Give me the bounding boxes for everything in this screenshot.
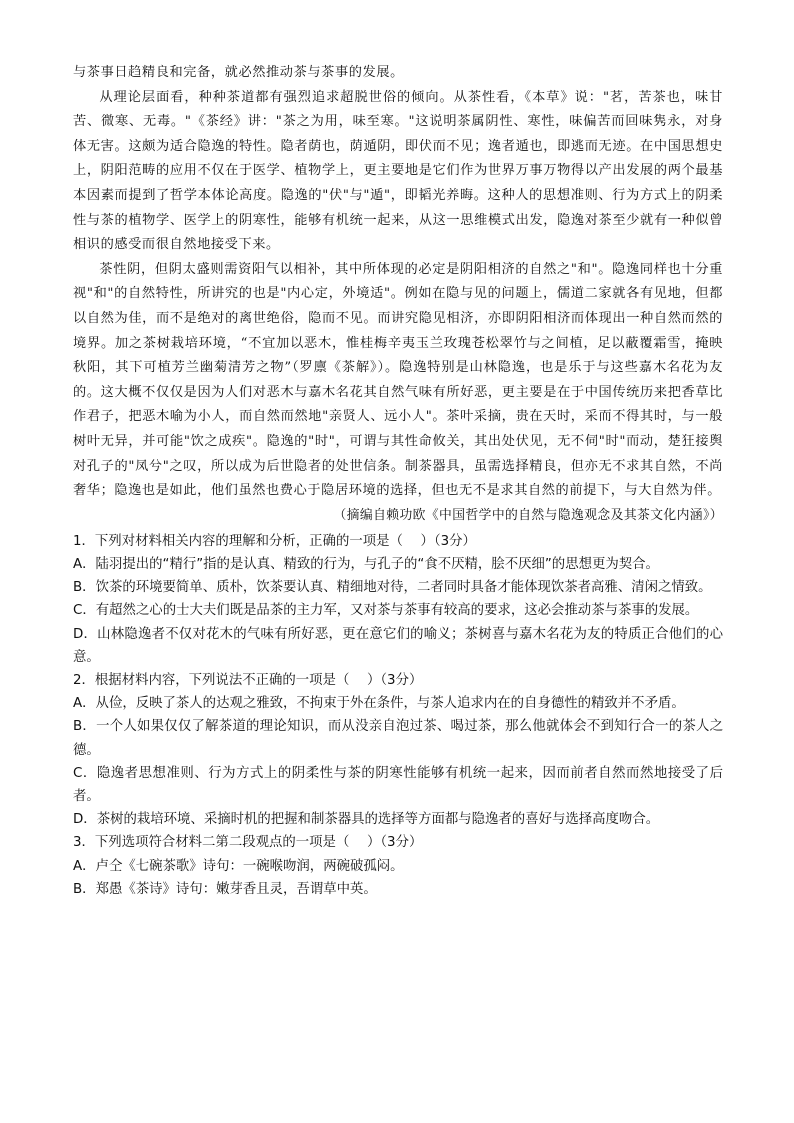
question-list: 1．下列对材料相关内容的理解和分析，正确的一项是（ ）（3分） A．陆羽提出的“… (73, 530, 723, 901)
option-c: C．有超然之心的士大夫们既是品茶的主力军，又对茶与茶事有较高的要求，这必会推动茶… (73, 599, 723, 622)
option-a: A．从俭，反映了茶人的达观之雅致，不拘束于外在条件，与茶人追求内在的自身德性的精… (73, 692, 723, 715)
option-b: B．一个人如果仅仅了解茶道的理论知识，而从没亲自泡过茶、喝过茶，那么他就体会不到… (73, 715, 723, 761)
option-a: A．陆羽提出的“精行”指的是认真、精致的行为，与孔子的“食不厌精，脍不厌细”的思… (73, 553, 723, 576)
option-b: B．郑愚《茶诗》诗句：嫩芽香且灵，吾谓草中英。 (73, 878, 723, 901)
option-d: D．茶树的栽培环境、采摘时机的把握和制茶器具的选择等方面都与隐逸者的喜好与选择高… (73, 808, 723, 831)
option-d: D．山林隐逸者不仅对花木的气味有所好恶，更在意它们的喻义；茶树喜与嘉木名花为友的… (73, 623, 723, 669)
passage-paragraph-3: 茶性阴，但阴太盛则需资阳气以相补，其中所体现的必定是阴阳相济的自然之"和"。隐逸… (73, 258, 723, 504)
question-3: 3．下列选项符合材料二第二段观点的一项是（ ）（3分） A．卢仝《七碗茶歌》诗句… (73, 831, 723, 901)
question-stem: 2．根据材料内容，下列说法不正确的一项是（ ）（3分） (73, 669, 723, 692)
question-2: 2．根据材料内容，下列说法不正确的一项是（ ）（3分） A．从俭，反映了茶人的达… (73, 669, 723, 831)
passage-paragraph-2: 从理论层面看，种种茶道都有强烈追求超脱世俗的倾向。从茶性看，《本草》说："茗，苦… (73, 86, 723, 258)
question-1: 1．下列对材料相关内容的理解和分析，正确的一项是（ ）（3分） A．陆羽提出的“… (73, 530, 723, 669)
option-c: C．隐逸者思想准则、行为方式上的阴柔性与茶的阴寒性能够有机统一起来，因而前者自然… (73, 762, 723, 808)
document-page: 与茶事日趋精良和完备，就必然推动茶与茶事的发展。 从理论层面看，种种茶道都有强烈… (73, 61, 723, 901)
question-stem: 3．下列选项符合材料二第二段观点的一项是（ ）（3分） (73, 831, 723, 854)
option-b: B．饮茶的环境要简单、质朴，饮茶要认真、精细地对待，二者同时具备才能体现饮茶者高… (73, 576, 723, 599)
option-a: A．卢仝《七碗茶歌》诗句：一碗喉吻润，两碗破孤闷。 (73, 855, 723, 878)
passage-paragraph-1: 与茶事日趋精良和完备，就必然推动茶与茶事的发展。 (73, 61, 723, 86)
reading-passage: 与茶事日趋精良和完备，就必然推动茶与茶事的发展。 从理论层面看，种种茶道都有强烈… (73, 61, 723, 528)
question-stem: 1．下列对材料相关内容的理解和分析，正确的一项是（ ）（3分） (73, 530, 723, 553)
passage-source-citation: （摘编自赖功欧《中国哲学中的自然与隐逸观念及其茶文化内涵》） (73, 504, 723, 528)
